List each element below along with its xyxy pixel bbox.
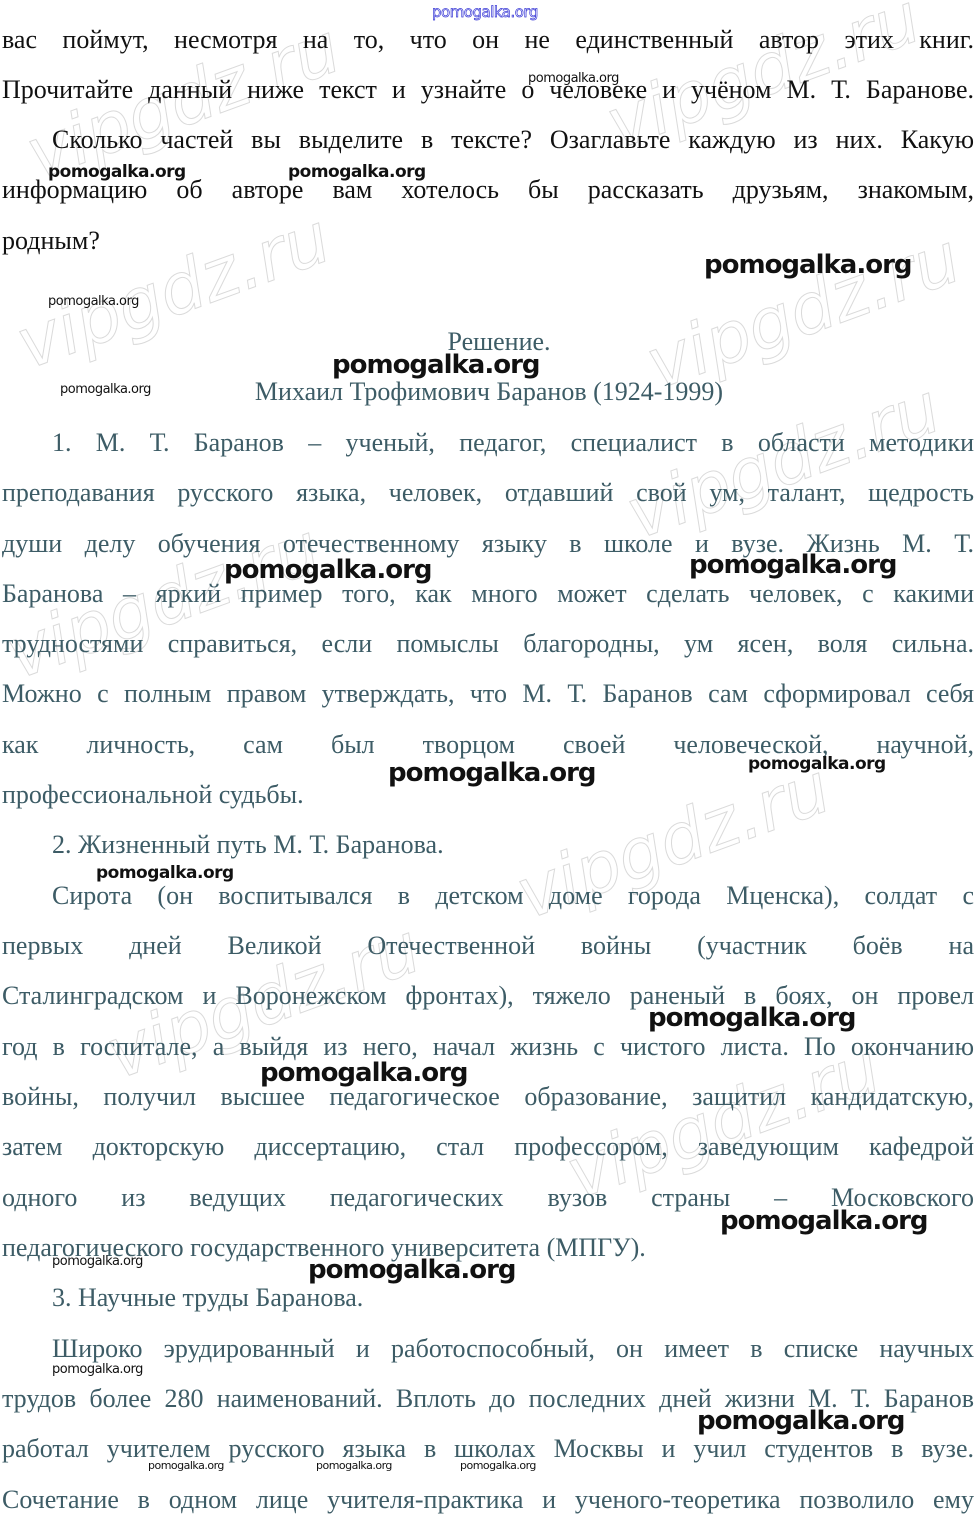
watermark: pomogalka.org [648,1005,856,1031]
watermark: pomogalka.org [704,252,912,278]
watermark: pomogalka.org [697,1408,905,1434]
watermark: pomogalka.org [48,164,186,181]
solution-line: преподавания русского языка, человек, от… [2,473,974,513]
document-page: vipgdz.ru vipgdz.ru vipgdz.ru vipgdz.ru … [0,0,978,1521]
watermark: pomogalka.org [224,557,432,583]
solution-line: Широко эрудированный и работоспособный, … [2,1329,974,1369]
section-heading: 2. Жизненный путь М. Т. Баранова. [2,825,974,865]
solution-line: Можно с полным правом утверждать, что М.… [2,674,974,714]
watermark: pomogalka.org [528,72,619,85]
watermark: pomogalka.org [52,1363,143,1376]
solution-line: войны, получил высшее педагогическое обр… [2,1077,974,1117]
solution-line: 1. М. Т. Баранов – ученый, педагог, спец… [2,423,974,463]
watermark: pomogalka.org [52,1255,143,1268]
watermark: pomogalka.org [308,1257,516,1283]
watermark: pomogalka.org [748,756,886,773]
solution-line: затем докторскую диссертацию, стал профе… [2,1127,974,1167]
watermark: pomogalka.org [260,1060,468,1086]
solution-line: Сочетание в одном лице учителя-практика … [2,1480,974,1520]
task-line: Сколько частей вы выделите в тексте? Оза… [2,120,974,160]
watermark: pomogalka.org [316,1460,392,1471]
solution-line: год в госпитале, а выйдя из него, начал … [2,1027,974,1067]
watermark: pomogalka.org [332,352,540,378]
task-line: вас поймут, несмотря на то, что он не ед… [2,20,974,60]
watermark: pomogalka.org [388,760,596,786]
watermark: pomogalka.org [720,1208,928,1234]
solution-line: Баранова – яркий пример того, как много … [2,574,974,614]
watermark: pomogalka.org [48,295,139,308]
watermark: pomogalka.org [460,1460,536,1471]
watermark: pomogalka.org [288,164,426,181]
task-line: Прочитайте данный ниже текст и узнайте о… [2,70,974,110]
watermark: pomogalka.org [689,552,897,578]
header-watermark: pomogalka.org [432,3,538,21]
watermark: pomogalka.org [96,865,234,882]
solution-line: трудностями справиться, если помыслы бла… [2,624,974,664]
watermark: pomogalka.org [60,383,151,396]
watermark: pomogalka.org [148,1460,224,1471]
solution-line: первых дней Великой Отечественной войны … [2,926,974,966]
